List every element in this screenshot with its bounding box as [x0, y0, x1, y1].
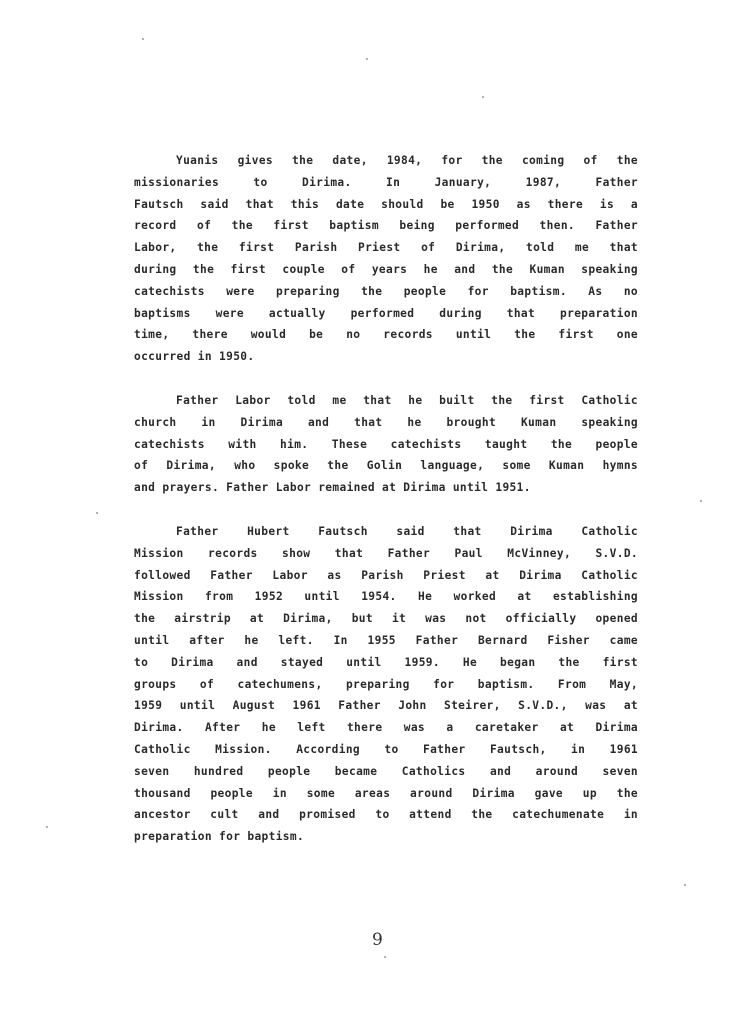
- text-line: Dirima. After he left there was a careta…: [134, 717, 638, 739]
- text-line: missionaries to Dirima. In January, 1987…: [134, 172, 638, 194]
- text-line: preparation for baptism.: [134, 826, 638, 848]
- text-line: Mission from 1952 until 1954. He worked …: [134, 586, 638, 608]
- text-line: thousand people in some areas around Dir…: [134, 783, 638, 805]
- text-line: Labor, the first Parish Priest of Dirima…: [134, 237, 638, 259]
- text-line: catechists were preparing the people for…: [134, 281, 638, 303]
- paragraph-1: Yuanis gives the date, 1984, for the com…: [134, 150, 638, 368]
- paragraph-2: Father Labor told me that he built the f…: [134, 390, 638, 499]
- text-line: record of the first baptism being perfor…: [134, 215, 638, 237]
- scan-speck: [366, 58, 368, 60]
- text-line: catechists with him. These catechists ta…: [134, 434, 638, 456]
- text-line: Father Labor told me that he built the f…: [134, 390, 638, 412]
- text-line: occurred in 1950.: [134, 346, 638, 368]
- text-line: followed Father Labor as Parish Priest a…: [134, 565, 638, 587]
- page-number: 9: [372, 930, 383, 950]
- paragraph-3: Father Hubert Fautsch said that Dirima C…: [134, 521, 638, 848]
- text-line: and prayers. Father Labor remained at Di…: [134, 477, 638, 499]
- text-line: 1959 until August 1961 Father John Steir…: [134, 695, 638, 717]
- text-line: during the first couple of years he and …: [134, 259, 638, 281]
- scan-speck: [684, 884, 686, 886]
- scan-speck: [482, 96, 484, 98]
- text-line: Fautsch said that this date should be 19…: [134, 194, 638, 216]
- text-line: church in Dirima and that he brought Kum…: [134, 412, 638, 434]
- text-line: the airstrip at Dirima, but it was not o…: [134, 608, 638, 630]
- scan-speck: [96, 512, 98, 514]
- scan-speck: [46, 826, 48, 828]
- text-line: Father Hubert Fautsch said that Dirima C…: [134, 521, 638, 543]
- text-line: to Dirima and stayed until 1959. He bega…: [134, 652, 638, 674]
- document-page: Yuanis gives the date, 1984, for the com…: [0, 0, 740, 1017]
- text-line: Catholic Mission. According to Father Fa…: [134, 739, 638, 761]
- scan-speck: [384, 956, 386, 958]
- scan-speck: [700, 500, 702, 502]
- text-line: ancestor cult and promised to attend the…: [134, 804, 638, 826]
- text-line: Yuanis gives the date, 1984, for the com…: [134, 150, 638, 172]
- scan-speck: [142, 38, 144, 40]
- text-line: Mission records show that Father Paul Mc…: [134, 543, 638, 565]
- text-line: groups of catechumens, preparing for bap…: [134, 674, 638, 696]
- text-line: of Dirima, who spoke the Golin language,…: [134, 455, 638, 477]
- text-line: until after he left. In 1955 Father Bern…: [134, 630, 638, 652]
- text-line: time, there would be no records until th…: [134, 324, 638, 346]
- text-line: seven hundred people became Catholics an…: [134, 761, 638, 783]
- text-line: baptisms were actually performed during …: [134, 303, 638, 325]
